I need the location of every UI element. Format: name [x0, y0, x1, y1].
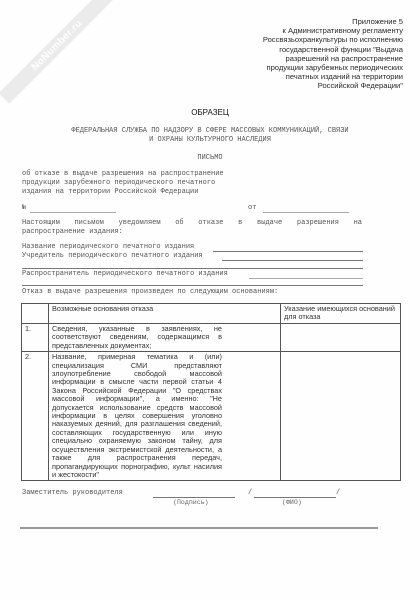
- signature-field[interactable]: [153, 497, 235, 498]
- full-name-field[interactable]: [254, 497, 336, 498]
- appendix-line: к Административному регламенту: [183, 26, 403, 35]
- agency-header: ФЕДЕРАЛЬНАЯ СЛУЖБА ПО НАДЗОРУ В СФЕРЕ МА…: [0, 127, 420, 145]
- body-line: распространение издания:: [22, 228, 362, 237]
- field-name-label: Название периодического печатного издани…: [22, 243, 194, 252]
- full-name-caption: (ФИО): [282, 499, 302, 506]
- watermark-banner: NoNumber.ru: [0, 0, 115, 104]
- number-label: №: [22, 204, 26, 213]
- slash-left: /: [248, 489, 252, 498]
- body-paragraph: Настоящим письмом уведомляем об отказе в…: [22, 219, 362, 237]
- refusal-reasons-table: Возможные основания отказа Указание имею…: [21, 303, 401, 481]
- field-distributor-extra-line[interactable]: [22, 285, 363, 286]
- agency-line: ФЕДЕРАЛЬНАЯ СЛУЖБА ПО НАДЗОРУ В СФЕРЕ МА…: [0, 127, 420, 136]
- field-founder-label: Учредитель периодического печатного изда…: [22, 252, 203, 261]
- field-founder-input[interactable]: [222, 260, 363, 261]
- date-label: от: [248, 204, 256, 213]
- row-reason: Название, примерная тематика и (или) спе…: [49, 352, 281, 481]
- body-line: Настоящим письмом уведомляем об отказе в…: [22, 219, 362, 228]
- date-field[interactable]: [263, 212, 349, 213]
- table-row: 1. Сведения, указанные в заявлениях, не …: [22, 324, 401, 352]
- header-indication-cell: Указание имеющихся оснований для отказа: [281, 304, 401, 324]
- row-indication-cell[interactable]: [281, 324, 401, 352]
- signatory-position: Заместитель руководителя: [22, 489, 123, 498]
- table-header-row: Возможные основания отказа Указание имею…: [22, 304, 401, 324]
- appendix-line: Приложение 5: [183, 17, 403, 26]
- letter-label: ПИСЬМО: [0, 154, 420, 163]
- refusal-intro: Отказ в выдаче разрешения произведен по …: [22, 288, 278, 297]
- appendix-line: Россвязьохранкультуры по исполнению: [183, 35, 403, 44]
- appendix-line: государственной функции "Выдача: [183, 45, 403, 54]
- field-distributor-input[interactable]: [249, 278, 363, 279]
- agency-line: И ОХРАНЫ КУЛЬТУРНОГО НАСЛЕДИЯ: [0, 136, 420, 145]
- row-reason: Сведения, указанные в заявлениях, не соо…: [49, 324, 281, 352]
- header-reason-cell: Возможные основания отказа: [49, 304, 281, 324]
- appendix-line: разрешений на распространение: [183, 54, 403, 63]
- row-number: 2.: [22, 352, 49, 481]
- appendix-block: Приложение 5 к Административному регламе…: [183, 17, 403, 91]
- appendix-line: Российской Федерации": [183, 81, 403, 90]
- row-number: 1.: [22, 324, 49, 352]
- subject-line: продукции зарубежного периодического печ…: [22, 179, 224, 188]
- table-row: 2. Название, примерная тематика и (или) …: [22, 352, 401, 481]
- appendix-line: продукции зарубежных периодических: [183, 63, 403, 72]
- header-number-cell: [22, 304, 49, 324]
- row-indication-cell[interactable]: [281, 352, 401, 481]
- field-name-input[interactable]: [213, 251, 363, 252]
- slash-right: /: [336, 489, 340, 498]
- letter-subject: об отказе в выдаче разрешения на распрос…: [22, 170, 224, 197]
- field-distributor-label: Распространитель периодического печатног…: [22, 270, 228, 279]
- appendix-line: печатных изданий на территории: [183, 72, 403, 81]
- field-founder-extra-line[interactable]: [22, 268, 363, 269]
- signature-caption: (Подпись): [173, 499, 209, 506]
- subject-line: об отказе в выдаче разрешения на распрос…: [22, 170, 224, 179]
- sample-title: ОБРАЗЕЦ: [0, 108, 420, 117]
- bottom-divider: [20, 527, 378, 529]
- number-field[interactable]: [30, 212, 116, 213]
- subject-line: издания на территории Российской Федерац…: [22, 188, 224, 197]
